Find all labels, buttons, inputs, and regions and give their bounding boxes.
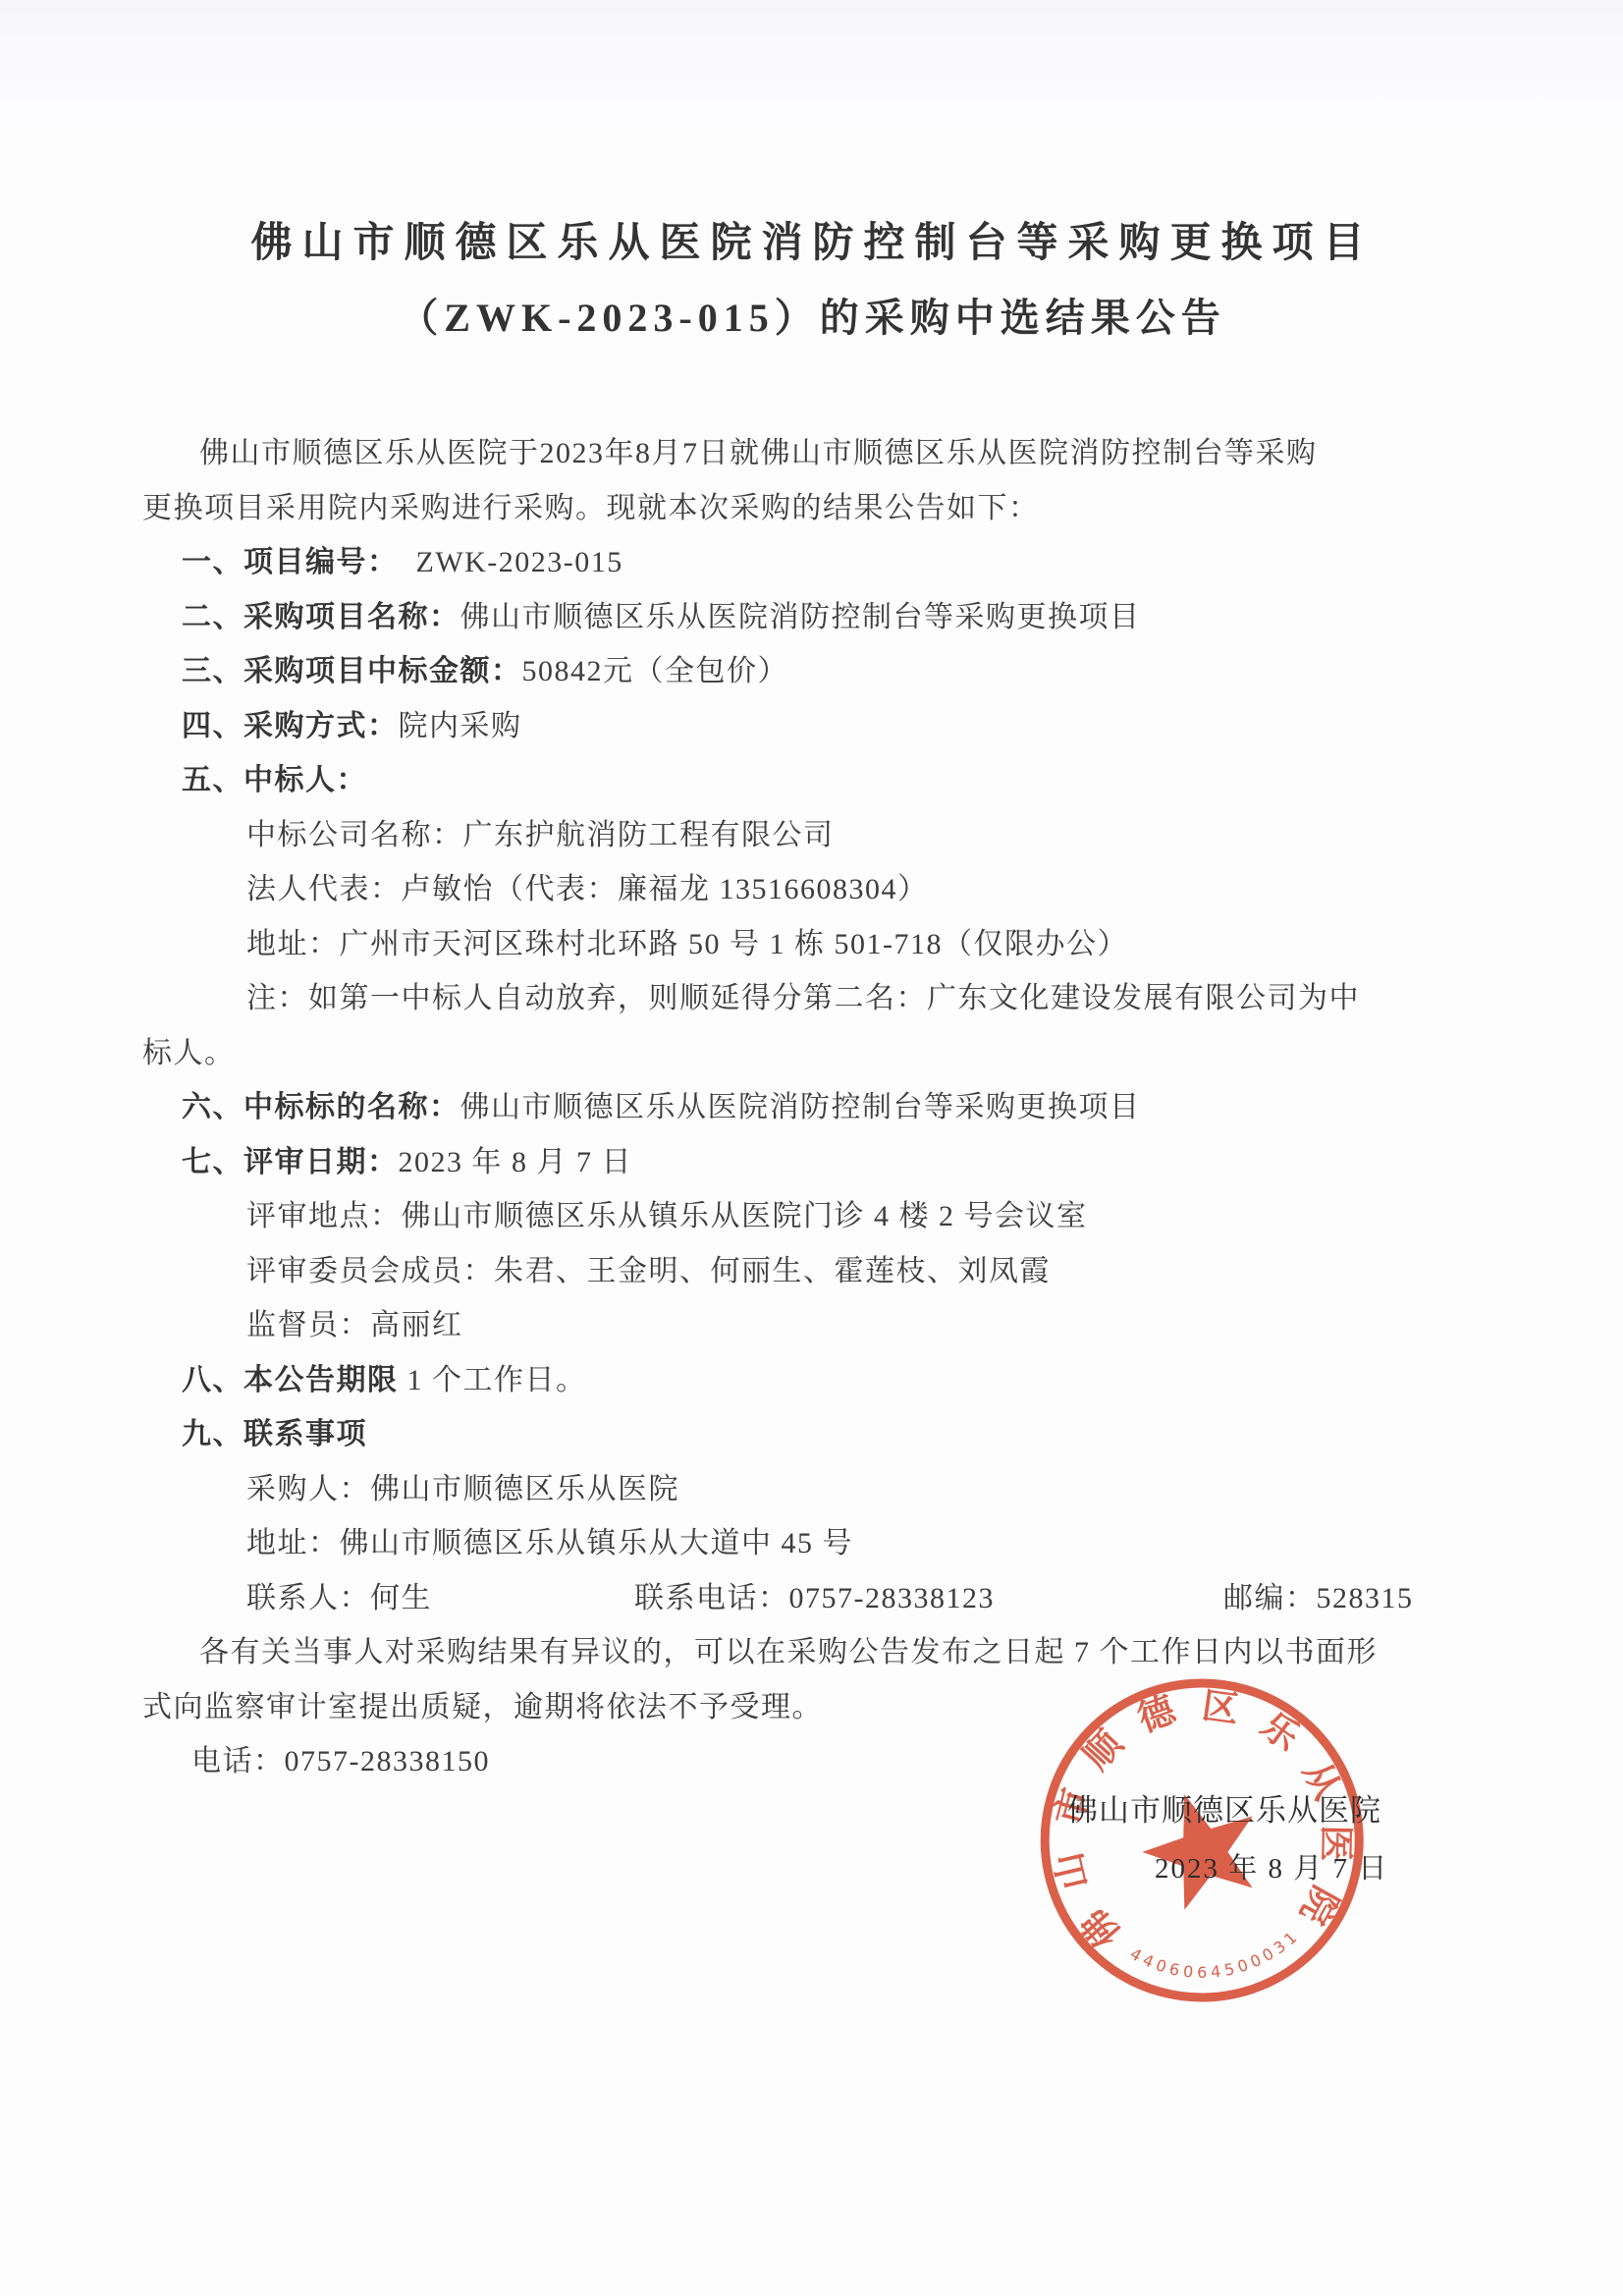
announcement-body: 佛山市顺德区乐从医院消防控制台等采购更换项目 （ZWK-2023-015）的采购… [142, 0, 1483, 1789]
winner-legal-rep-line: 法人代表：卢敏怡（代表：廉福龙 13516608304） [142, 862, 1483, 917]
svg-text:5: 5 [1222, 1959, 1236, 1980]
item-label: 六、中标标的名称： [182, 1091, 460, 1123]
announcement-content: 佛山市顺德区乐从医院于2023年8月7日就佛山市顺德区乐从医院消防控制台等采购 … [142, 426, 1483, 1789]
note-line-2: 标人。 [142, 1026, 1483, 1081]
item-value: 2023 年 8 月 7 日 [399, 1146, 633, 1178]
item-label: 九、联系事项 [182, 1418, 367, 1450]
document-page: 佛山市顺德区乐从医院消防控制台等采购更换项目 （ZWK-2023-015）的采购… [0, 0, 1623, 2296]
list-item-project-name: 二、采购项目名称：佛山市顺德区乐从医院消防控制台等采购更换项目 [142, 590, 1483, 645]
svg-text:0: 0 [1182, 1962, 1194, 1982]
svg-text:山: 山 [1049, 1848, 1096, 1892]
item-label: 七、评审日期： [182, 1146, 399, 1178]
contact-zip: 邮编：528315 [1223, 1582, 1414, 1614]
review-committee-line: 评审委员会成员：朱君、王金明、何丽生、霍莲枝、刘凤霞 [142, 1244, 1483, 1299]
svg-text:区: 区 [1200, 1686, 1241, 1731]
svg-text:6: 6 [1167, 1959, 1181, 1980]
list-item-subject-name: 六、中标标的名称：佛山市顺德区乐从医院消防控制台等采购更换项目 [142, 1080, 1483, 1135]
item-label: 四、采购方式： [182, 710, 399, 742]
list-item-winner: 五、中标人： [142, 753, 1483, 808]
list-item-announcement-period: 八、本公告期限 1 个工作日。 [142, 1353, 1483, 1408]
note-line-1: 注：如第一中标人自动放弃，则顺延得分第二名：广东文化建设发展有限公司为中 [142, 971, 1483, 1026]
winner-company-line: 中标公司名称：广东护航消防工程有限公司 [142, 808, 1483, 863]
svg-text:6: 6 [1197, 1963, 1207, 1982]
list-item-review-date: 七、评审日期：2023 年 8 月 7 日 [142, 1135, 1483, 1190]
item-value: ZWK-2023-015 [399, 546, 623, 578]
winner-address-line: 地址：广州市天河区珠村北环路 50 号 1 栋 501-718（仅限办公） [142, 917, 1483, 972]
review-place-line: 评审地点：佛山市顺德区乐从镇乐从医院门诊 4 楼 2 号会议室 [142, 1189, 1483, 1244]
seal-graphic: 佛山市顺德区乐从医院 4406064500031 [1018, 1649, 1386, 2028]
contact-phone: 联系电话：0757-28338123 [634, 1571, 1223, 1626]
intro-line-2: 更换项目采用院内采购进行采购。现就本次采购的结果公告如下： [142, 481, 1483, 536]
svg-text:0: 0 [1154, 1955, 1169, 1976]
item-value: 佛山市顺德区乐从医院消防控制台等采购更换项目 [460, 1091, 1141, 1123]
list-item-procurement-method: 四、采购方式：院内采购 [142, 699, 1483, 754]
item-label: 五、中标人： [182, 764, 367, 796]
item-label: 三、采购项目中标金额： [182, 655, 522, 687]
item-label: 二、采购项目名称： [182, 601, 460, 633]
item-value: 1 个工作日。 [399, 1364, 587, 1396]
item-label: 一、项目编号： [182, 546, 399, 578]
page-title-line1: 佛山市顺德区乐从医院消防控制台等采购更换项目 [142, 0, 1483, 273]
buyer-line: 采购人：佛山市顺德区乐从医院 [142, 1462, 1483, 1517]
item-value: 院内采购 [399, 710, 522, 742]
supervisor-line: 监督员：高丽红 [142, 1298, 1483, 1353]
intro-line-1: 佛山市顺德区乐从医院于2023年8月7日就佛山市顺德区乐从医院消防控制台等采购 [142, 426, 1483, 481]
item-value: 50842元（全包价） [522, 655, 789, 687]
official-seal: 佛山市顺德区乐从医院 4406064500031 [1018, 1649, 1386, 2028]
list-item-award-amount: 三、采购项目中标金额：50842元（全包价） [142, 644, 1483, 699]
list-item-contact-matters: 九、联系事项 [142, 1407, 1483, 1462]
svg-text:4: 4 [1210, 1962, 1221, 1982]
item-value: 佛山市顺德区乐从医院消防控制台等采购更换项目 [460, 601, 1141, 633]
buyer-address-line: 地址：佛山市顺德区乐从镇乐从大道中 45 号 [142, 1516, 1483, 1571]
item-label: 八、本公告期限 [182, 1364, 399, 1396]
seal-overlay-date: 2023 年 8 月 7 日 [1155, 1846, 1388, 1886]
contact-row: 联系人：何生联系电话：0757-28338123邮编：528315 [142, 1571, 1483, 1626]
list-item-project-number: 一、项目编号： ZWK-2023-015 [142, 535, 1483, 590]
page-title-line2: （ZWK-2023-015）的采购中选结果公告 [142, 289, 1483, 348]
svg-text:0: 0 [1235, 1955, 1251, 1976]
seal-overlay-organization: 佛山市顺德区乐从医院 [1067, 1785, 1381, 1830]
contact-name: 联系人：何生 [246, 1571, 634, 1626]
